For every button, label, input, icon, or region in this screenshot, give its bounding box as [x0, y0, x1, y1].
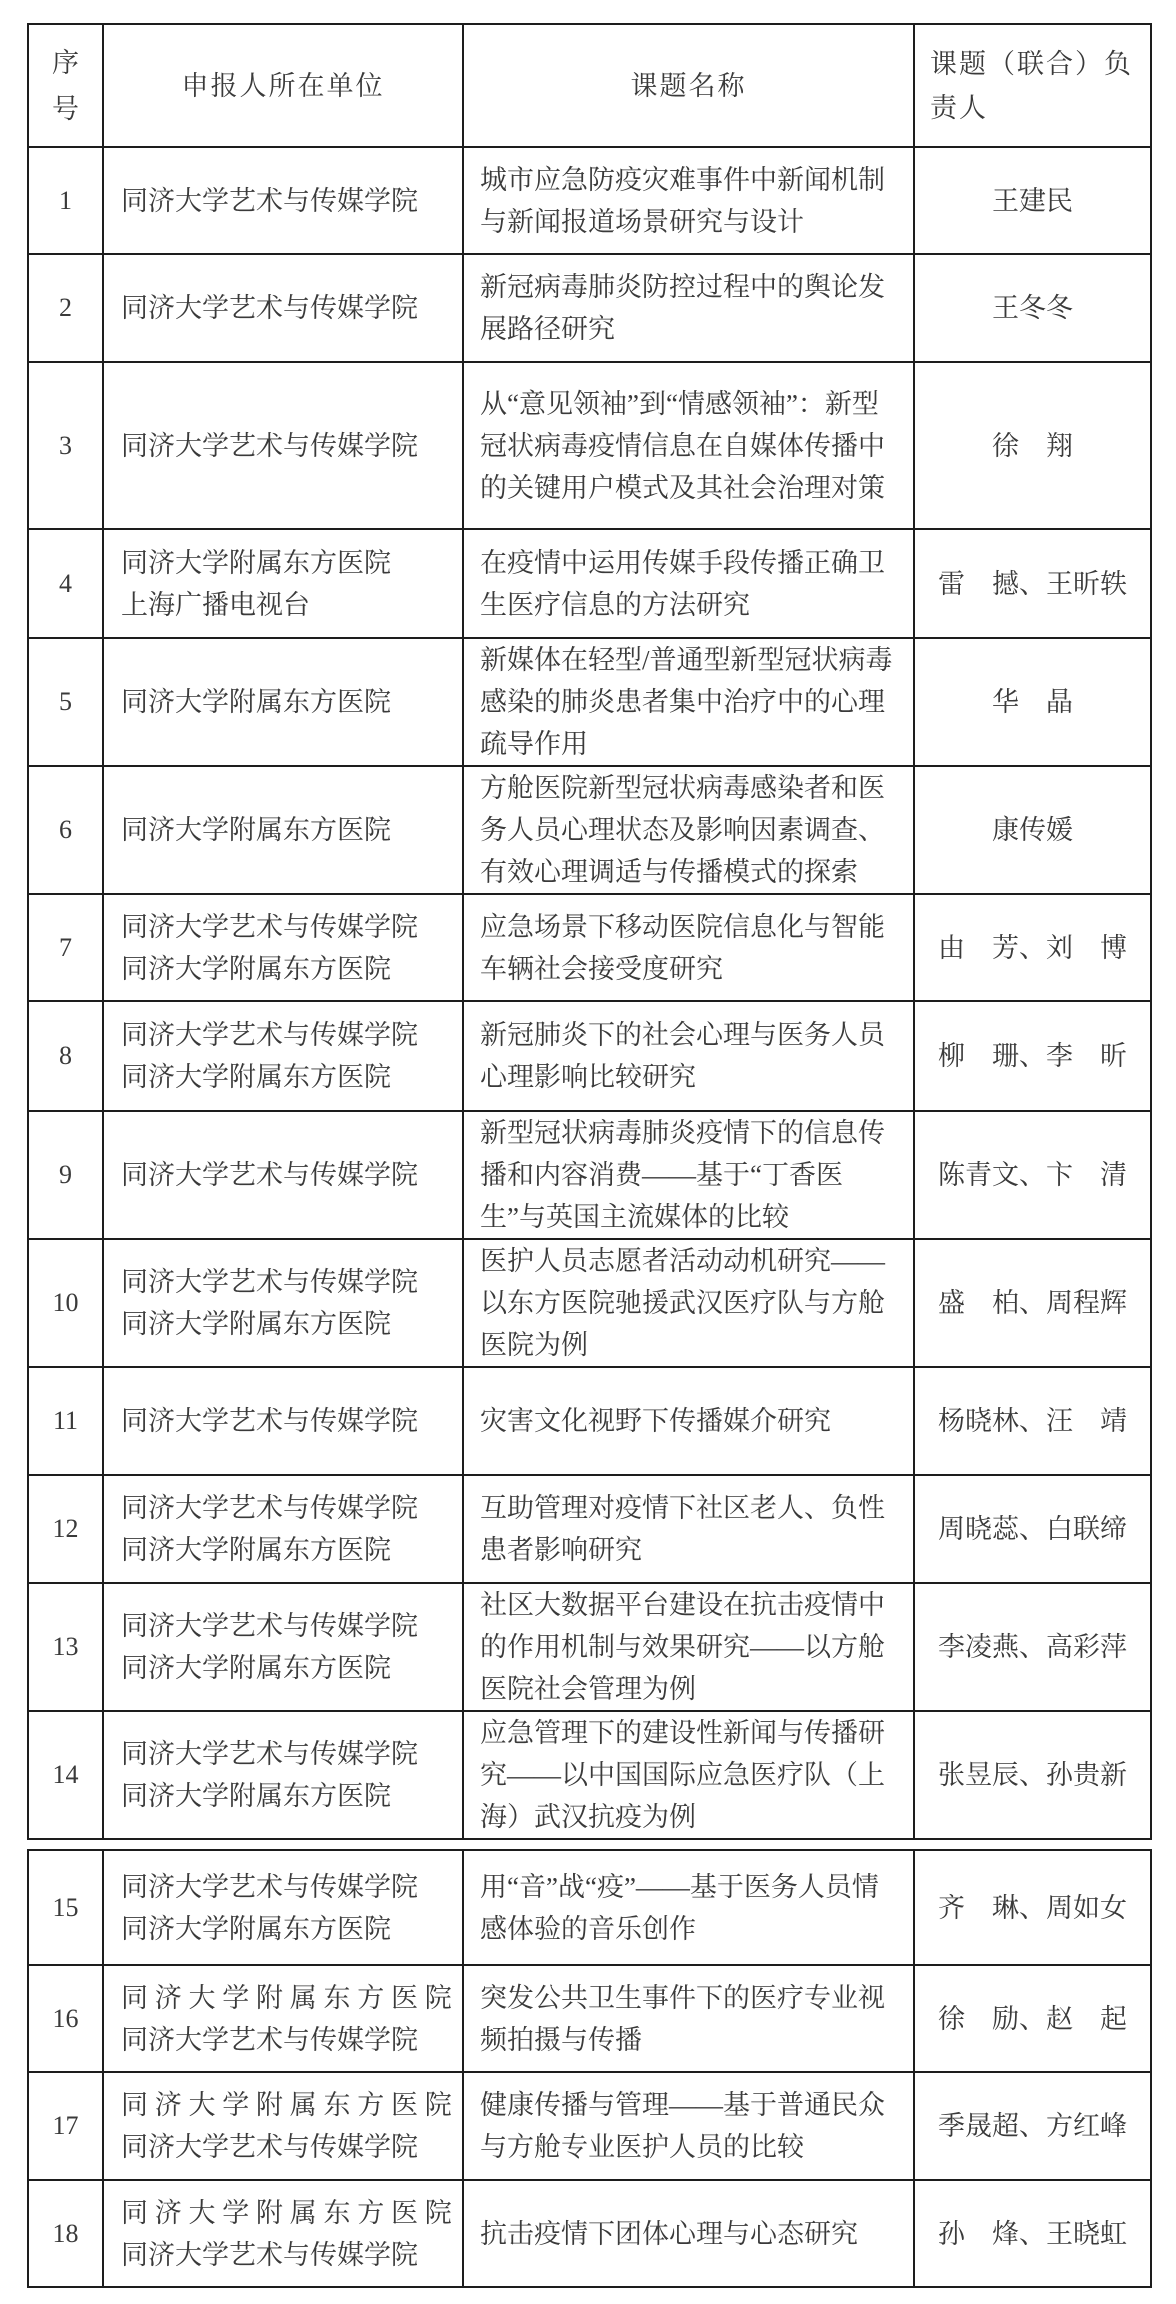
applicant-unit-line: 同济大学附属东方医院 — [121, 542, 458, 584]
project-title: 新冠肺炎下的社会心理与医务人员心理影响比较研究 — [463, 1001, 914, 1111]
table-row: 14 同济大学艺术与传媒学院同济大学附属东方医院 应急管理下的建设性新闻与传播研… — [28, 1711, 1151, 1839]
applicant-unit: 同 济 大 学 附 属 东 方 医 院同济大学艺术与传媒学院 — [103, 2180, 463, 2287]
row-number: 7 — [28, 894, 103, 1001]
project-title: 健康传播与管理——基于普通民众与方舱专业医护人员的比较 — [463, 2072, 914, 2180]
applicant-unit: 同济大学艺术与传媒学院同济大学附属东方医院 — [103, 1001, 463, 1111]
project-leader: 周晓蕊、白联缔 — [914, 1475, 1151, 1583]
applicant-unit-line: 同济大学艺术与传媒学院 — [121, 425, 458, 467]
project-title: 新媒体在轻型/普通型新型冠状病毒感染的肺炎患者集中治疗中的心理疏导作用 — [463, 638, 914, 766]
applicant-unit-line: 同济大学附属东方医院 — [121, 1908, 458, 1950]
row-number: 12 — [28, 1475, 103, 1583]
column-header-leader: 课题（联合）负责人 — [914, 24, 1151, 147]
applicant-unit: 同济大学艺术与传媒学院同济大学附属东方医院 — [103, 1239, 463, 1367]
applicant-unit-line: 同济大学艺术与传媒学院 — [121, 906, 458, 948]
row-number: 3 — [28, 362, 103, 529]
row-number: 15 — [28, 1850, 103, 1965]
applicant-unit: 同济大学艺术与传媒学院 — [103, 1367, 463, 1475]
row-number: 4 — [28, 529, 103, 638]
project-title: 从“意见领袖”到“情感领袖”：新型冠状病毒疫情信息在自媒体传播中的关键用户模式及… — [463, 362, 914, 529]
project-leader: 王建民 — [914, 147, 1151, 254]
applicant-unit: 同济大学附属东方医院 — [103, 766, 463, 894]
project-leader: 孙 烽、王晓虹 — [914, 2180, 1151, 2287]
applicant-unit: 同 济 大 学 附 属 东 方 医 院同济大学艺术与传媒学院 — [103, 2072, 463, 2180]
row-number: 18 — [28, 2180, 103, 2287]
applicant-unit-line: 同济大学附属东方医院 — [121, 948, 458, 990]
applicant-unit: 同济大学艺术与传媒学院同济大学附属东方医院 — [103, 1711, 463, 1839]
applicant-unit: 同 济 大 学 附 属 东 方 医 院同济大学艺术与传媒学院 — [103, 1965, 463, 2072]
applicant-unit: 同济大学艺术与传媒学院 — [103, 362, 463, 529]
table-row: 12 同济大学艺术与传媒学院同济大学附属东方医院 互助管理对疫情下社区老人、负性… — [28, 1475, 1151, 1583]
applicant-unit-line: 同济大学艺术与传媒学院 — [121, 1400, 458, 1442]
document-page: 序号 申报人所在单位 课题名称 课题（联合）负责人 1 同济大学艺术与传媒学院 … — [0, 0, 1176, 2304]
project-leader: 康传媛 — [914, 766, 1151, 894]
applicant-unit-line: 同济大学附属东方医院 — [121, 681, 458, 723]
applicant-unit: 同济大学艺术与传媒学院同济大学附属东方医院 — [103, 1583, 463, 1711]
project-leader: 陈青文、卞 清 — [914, 1111, 1151, 1239]
project-title: 新冠病毒肺炎防控过程中的舆论发展路径研究 — [463, 254, 914, 362]
applicant-unit-line: 同济大学艺术与传媒学院 — [121, 1733, 458, 1775]
project-title: 方舱医院新型冠状病毒感染者和医务人员心理状态及影响因素调查、有效心理调适与传播模… — [463, 766, 914, 894]
table-row: 9 同济大学艺术与传媒学院 新型冠状病毒肺炎疫情下的信息传播和内容消费——基于“… — [28, 1111, 1151, 1239]
project-leader: 李凌燕、高彩萍 — [914, 1583, 1151, 1711]
applicant-unit-line: 同济大学附属东方医院 — [121, 1647, 458, 1689]
applicant-unit: 同济大学艺术与传媒学院 — [103, 1111, 463, 1239]
table-row: 8 同济大学艺术与传媒学院同济大学附属东方医院 新冠肺炎下的社会心理与医务人员心… — [28, 1001, 1151, 1111]
table-row: 11 同济大学艺术与传媒学院 灾害文化视野下传播媒介研究 杨晓林、汪 靖 — [28, 1367, 1151, 1475]
project-title: 突发公共卫生事件下的医疗专业视频拍摄与传播 — [463, 1965, 914, 2072]
project-leader: 季晟超、方红峰 — [914, 2072, 1151, 2180]
row-number: 16 — [28, 1965, 103, 2072]
applicant-unit-line: 同济大学艺术与传媒学院 — [121, 1866, 458, 1908]
row-number: 5 — [28, 638, 103, 766]
applicant-unit-line: 同济大学艺术与传媒学院 — [121, 2019, 458, 2061]
project-title: 医护人员志愿者活动动机研究——以东方医院驰援武汉医疗队与方舱医院为例 — [463, 1239, 914, 1367]
applicant-unit-line: 上海广播电视台 — [121, 584, 458, 626]
column-header-no: 序号 — [28, 24, 103, 147]
table-row: 2 同济大学艺术与传媒学院 新冠病毒肺炎防控过程中的舆论发展路径研究 王冬冬 — [28, 254, 1151, 362]
row-number: 14 — [28, 1711, 103, 1839]
project-title: 社区大数据平台建设在抗击疫情中的作用机制与效果研究——以方舱医院社会管理为例 — [463, 1583, 914, 1711]
applicant-unit-line: 同济大学附属东方医院 — [121, 1303, 458, 1345]
column-header-no-label: 序号 — [51, 40, 81, 132]
row-number: 2 — [28, 254, 103, 362]
table-row: 15 同济大学艺术与传媒学院同济大学附属东方医院 用“音”战“疫”——基于医务人… — [28, 1850, 1151, 1965]
project-leader: 雷 撼、王昕轶 — [914, 529, 1151, 638]
applicant-unit-line: 同济大学艺术与传媒学院 — [121, 1154, 458, 1196]
table-row: 1 同济大学艺术与传媒学院 城市应急防疫灾难事件中新闻机制与新闻报道场景研究与设… — [28, 147, 1151, 254]
applicant-unit: 同济大学艺术与传媒学院同济大学附属东方医院 — [103, 1475, 463, 1583]
applicant-unit-line: 同济大学艺术与传媒学院 — [121, 2234, 458, 2276]
row-number: 9 — [28, 1111, 103, 1239]
projects-table-part1: 序号 申报人所在单位 课题名称 课题（联合）负责人 1 同济大学艺术与传媒学院 … — [27, 23, 1152, 1840]
project-title: 互助管理对疫情下社区老人、负性患者影响研究 — [463, 1475, 914, 1583]
applicant-unit-line: 同济大学艺术与传媒学院 — [121, 1014, 458, 1056]
table-row: 16 同 济 大 学 附 属 东 方 医 院同济大学艺术与传媒学院 突发公共卫生… — [28, 1965, 1151, 2072]
row-number: 1 — [28, 147, 103, 254]
project-title: 抗击疫情下团体心理与心态研究 — [463, 2180, 914, 2287]
project-leader: 盛 柏、周程辉 — [914, 1239, 1151, 1367]
row-number: 8 — [28, 1001, 103, 1111]
applicant-unit-line: 同济大学艺术与传媒学院 — [121, 180, 458, 222]
header-row: 序号 申报人所在单位 课题名称 课题（联合）负责人 — [28, 24, 1151, 147]
table-row: 10 同济大学艺术与传媒学院同济大学附属东方医院 医护人员志愿者活动动机研究——… — [28, 1239, 1151, 1367]
project-title: 城市应急防疫灾难事件中新闻机制与新闻报道场景研究与设计 — [463, 147, 914, 254]
applicant-unit-line: 同 济 大 学 附 属 东 方 医 院 — [121, 2084, 458, 2126]
row-number: 13 — [28, 1583, 103, 1711]
applicant-unit-line: 同济大学艺术与传媒学院 — [121, 1261, 458, 1303]
project-title: 灾害文化视野下传播媒介研究 — [463, 1367, 914, 1475]
applicant-unit-line: 同济大学艺术与传媒学院 — [121, 1605, 458, 1647]
table-row: 7 同济大学艺术与传媒学院同济大学附属东方医院 应急场景下移动医院信息化与智能车… — [28, 894, 1151, 1001]
project-leader: 徐 翔 — [914, 362, 1151, 529]
applicant-unit-line: 同济大学艺术与传媒学院 — [121, 2126, 458, 2168]
applicant-unit: 同济大学附属东方医院上海广播电视台 — [103, 529, 463, 638]
applicant-unit: 同济大学附属东方医院 — [103, 638, 463, 766]
project-title: 应急管理下的建设性新闻与传播研究——以中国国际应急医疗队（上海）武汉抗疫为例 — [463, 1711, 914, 1839]
table-row: 18 同 济 大 学 附 属 东 方 医 院同济大学艺术与传媒学院 抗击疫情下团… — [28, 2180, 1151, 2287]
table-row: 4 同济大学附属东方医院上海广播电视台 在疫情中运用传媒手段传播正确卫生医疗信息… — [28, 529, 1151, 638]
applicant-unit-line: 同济大学附属东方医院 — [121, 1775, 458, 1817]
project-leader: 张昱辰、孙贵新 — [914, 1711, 1151, 1839]
applicant-unit-line: 同济大学附属东方医院 — [121, 809, 458, 851]
table-row: 5 同济大学附属东方医院 新媒体在轻型/普通型新型冠状病毒感染的肺炎患者集中治疗… — [28, 638, 1151, 766]
project-leader: 王冬冬 — [914, 254, 1151, 362]
project-title: 应急场景下移动医院信息化与智能车辆社会接受度研究 — [463, 894, 914, 1001]
applicant-unit-line: 同济大学艺术与传媒学院 — [121, 287, 458, 329]
row-number: 11 — [28, 1367, 103, 1475]
applicant-unit-line: 同济大学附属东方医院 — [121, 1529, 458, 1571]
row-number: 6 — [28, 766, 103, 894]
column-header-unit: 申报人所在单位 — [103, 24, 463, 147]
applicant-unit: 同济大学艺术与传媒学院同济大学附属东方医院 — [103, 1850, 463, 1965]
row-number: 17 — [28, 2072, 103, 2180]
applicant-unit-line: 同济大学附属东方医院 — [121, 1056, 458, 1098]
project-title: 在疫情中运用传媒手段传播正确卫生医疗信息的方法研究 — [463, 529, 914, 638]
applicant-unit-line: 同 济 大 学 附 属 东 方 医 院 — [121, 1977, 458, 2019]
table-row: 6 同济大学附属东方医院 方舱医院新型冠状病毒感染者和医务人员心理状态及影响因素… — [28, 766, 1151, 894]
project-title: 用“音”战“疫”——基于医务人员情感体验的音乐创作 — [463, 1850, 914, 1965]
applicant-unit: 同济大学艺术与传媒学院同济大学附属东方医院 — [103, 894, 463, 1001]
table-row: 3 同济大学艺术与传媒学院 从“意见领袖”到“情感领袖”：新型冠状病毒疫情信息在… — [28, 362, 1151, 529]
table-row: 17 同 济 大 学 附 属 东 方 医 院同济大学艺术与传媒学院 健康传播与管… — [28, 2072, 1151, 2180]
project-leader: 杨晓林、汪 靖 — [914, 1367, 1151, 1475]
applicant-unit-line: 同济大学艺术与传媒学院 — [121, 1487, 458, 1529]
column-header-title: 课题名称 — [463, 24, 914, 147]
project-leader: 由 芳、刘 博 — [914, 894, 1151, 1001]
project-leader: 华 晶 — [914, 638, 1151, 766]
project-leader: 齐 琳、周如女 — [914, 1850, 1151, 1965]
project-leader: 徐 励、赵 起 — [914, 1965, 1151, 2072]
applicant-unit: 同济大学艺术与传媒学院 — [103, 147, 463, 254]
table-row: 13 同济大学艺术与传媒学院同济大学附属东方医院 社区大数据平台建设在抗击疫情中… — [28, 1583, 1151, 1711]
project-title: 新型冠状病毒肺炎疫情下的信息传播和内容消费——基于“丁香医生”与英国主流媒体的比… — [463, 1111, 914, 1239]
projects-table-part2: 15 同济大学艺术与传媒学院同济大学附属东方医院 用“音”战“疫”——基于医务人… — [27, 1849, 1152, 2288]
project-leader: 柳 珊、李 昕 — [914, 1001, 1151, 1111]
applicant-unit-line: 同 济 大 学 附 属 东 方 医 院 — [121, 2192, 458, 2234]
applicant-unit: 同济大学艺术与传媒学院 — [103, 254, 463, 362]
row-number: 10 — [28, 1239, 103, 1367]
